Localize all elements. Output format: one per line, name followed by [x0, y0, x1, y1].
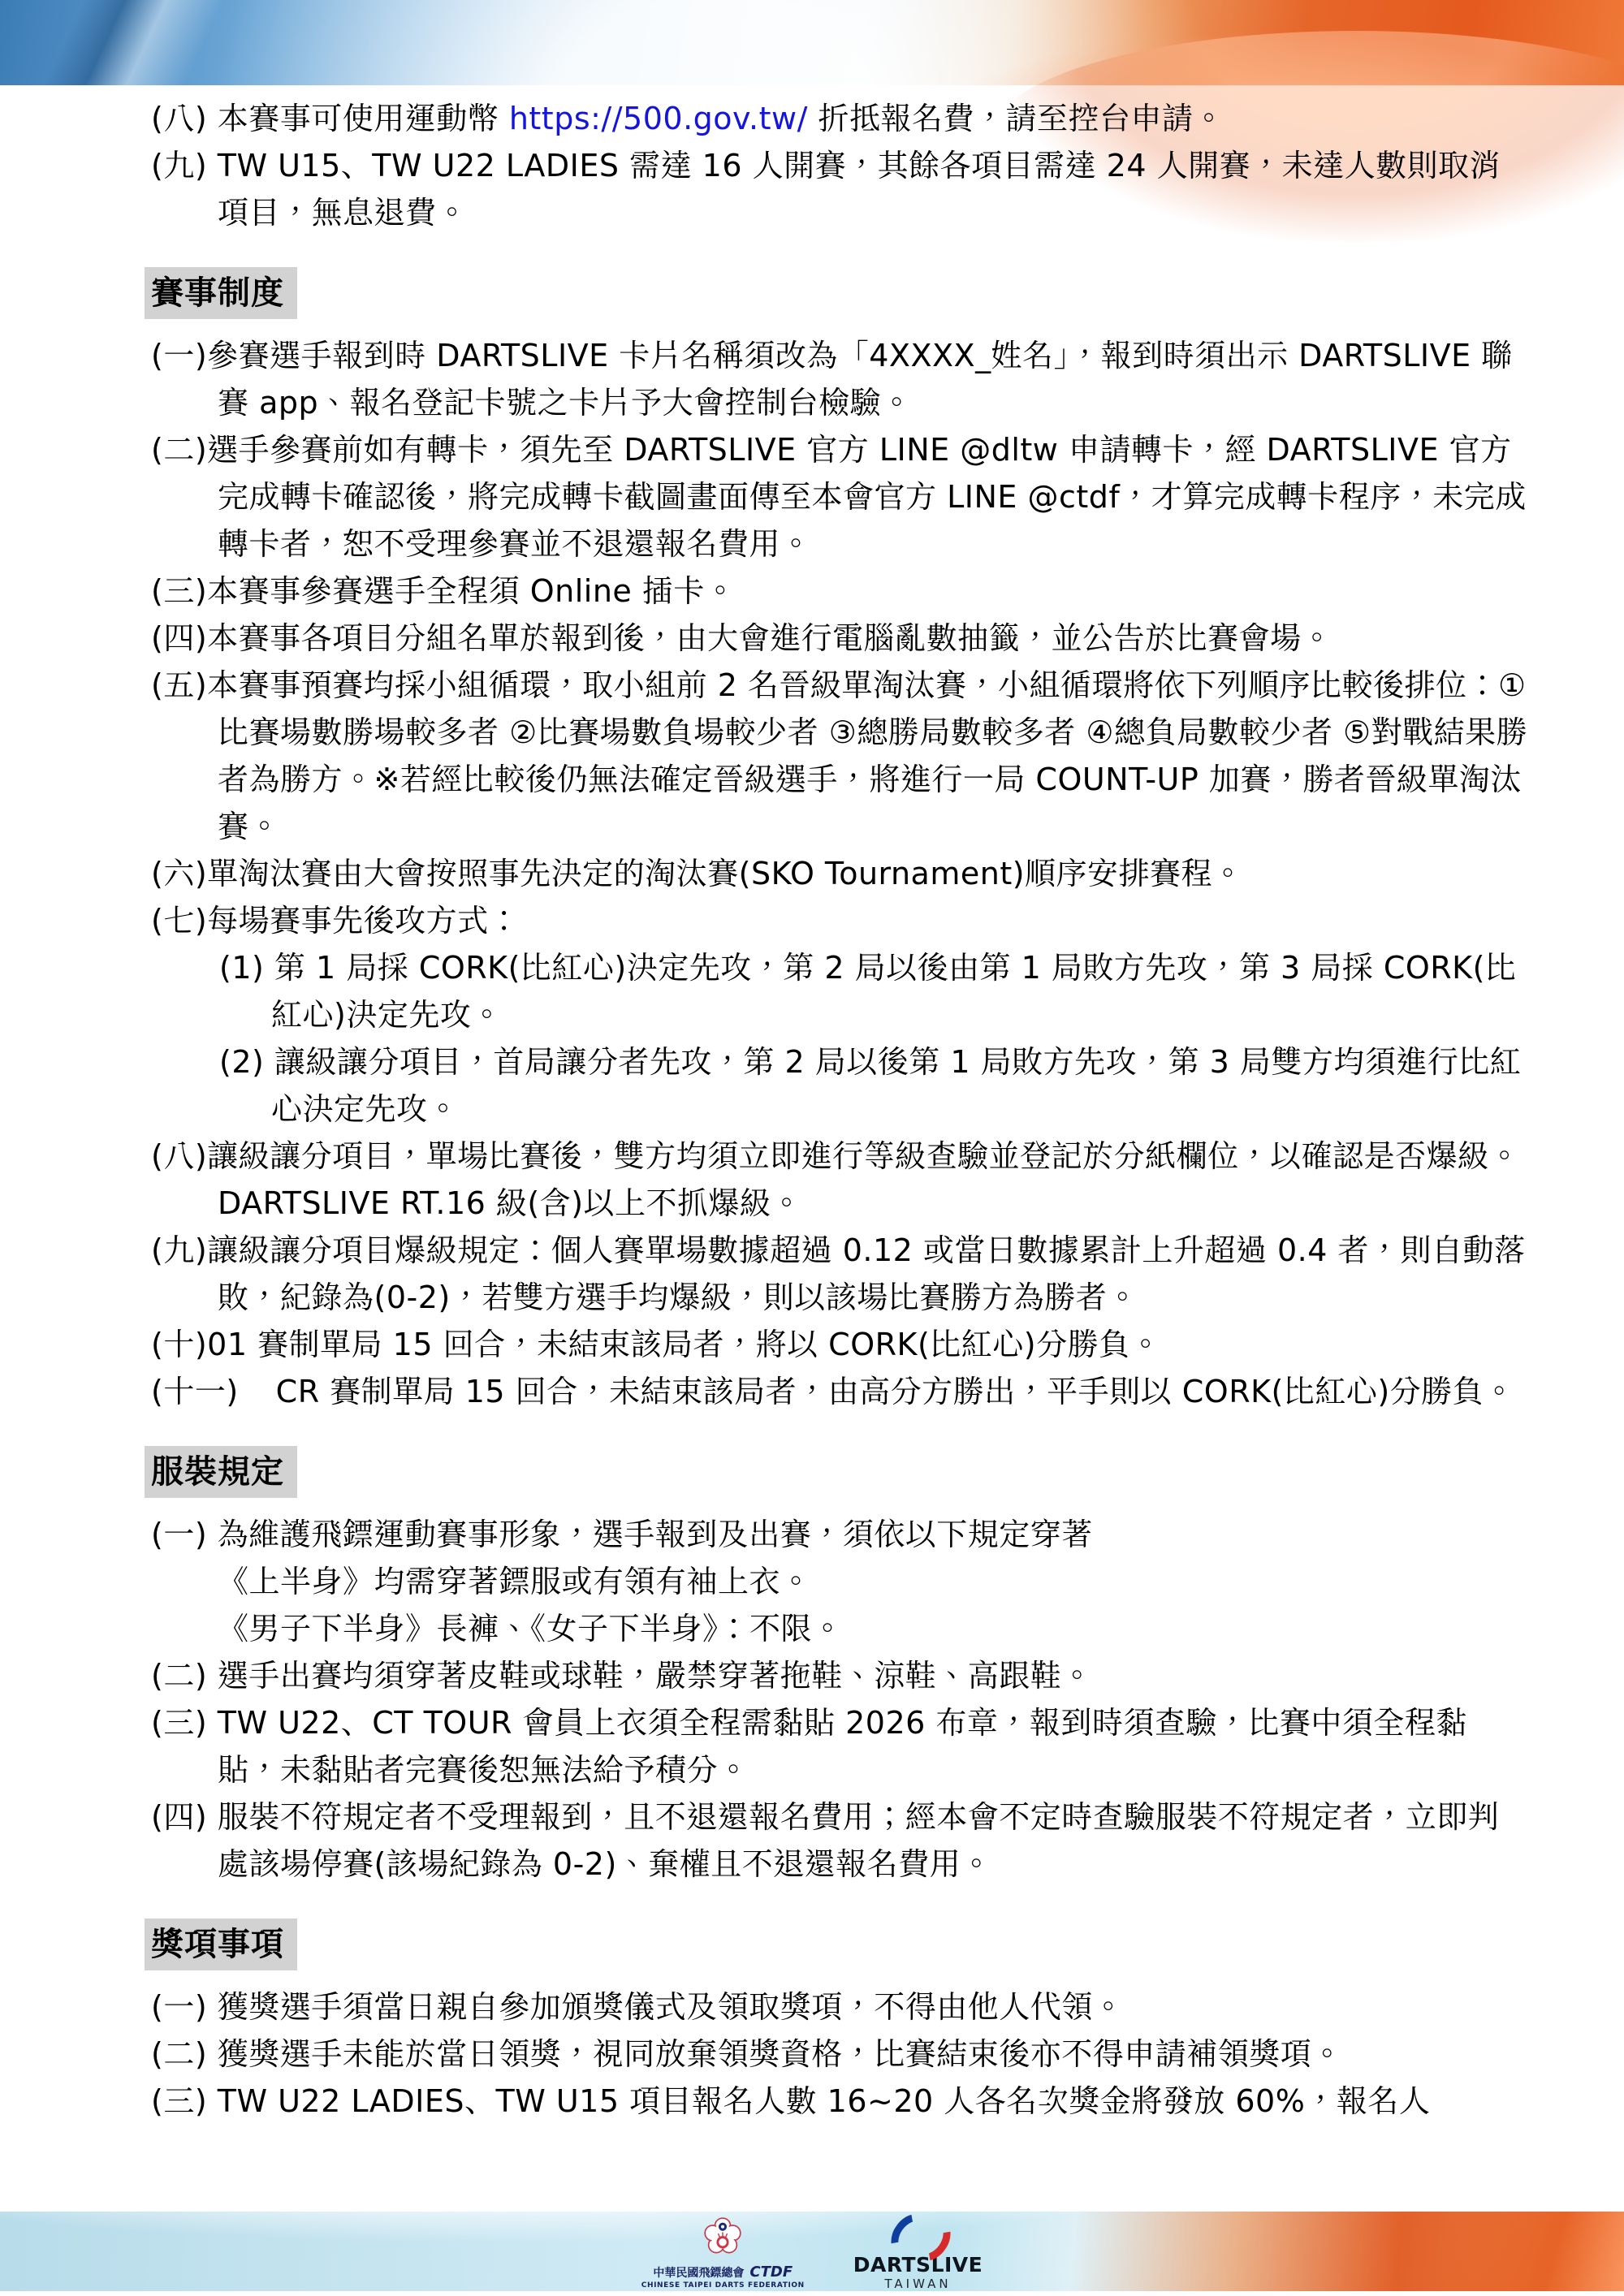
item-text: 單淘汰賽由大會按照事先決定的淘汰賽(SKO Tournament)順序安排賽程。 — [207, 856, 1243, 891]
list-item: (一)參賽選手報到時 DARTSLIVE 卡片名稱須改為「4XXXX_姓名」，報… — [151, 332, 1528, 426]
list-item-continuation: 《上半身》均需穿著鏢服或有領有袖上衣。 — [151, 1558, 1528, 1605]
list-item: (八) 本賽事可使用運動幣 https://500.gov.tw/ 折抵報名費，… — [151, 95, 1528, 142]
list-item: (三) TW U22、CT TOUR 會員上衣須全程需黏貼 2026 布章，報到… — [151, 1699, 1528, 1793]
list-item: (九) TW U15、TW U22 LADIES 需達 16 人開賽，其餘各項目… — [151, 142, 1528, 236]
item-marker: (七) — [151, 903, 207, 939]
item-marker: (四) — [151, 1799, 207, 1835]
item-text: 本賽事各項目分組名單於報到後，由大會進行電腦亂數抽籤，並公告於比賽會場。 — [207, 620, 1332, 656]
list-item: (六)單淘汰賽由大會按照事先決定的淘汰賽(SKO Tournament)順序安排… — [151, 850, 1528, 897]
list-item: (八)讓級讓分項目，單場比賽後，雙方均須立即進行等級查驗並登記於分紙欄位，以確認… — [151, 1133, 1528, 1227]
item-text: 選手參賽前如有轉卡，須先至 DARTSLIVE 官方 LINE @dltw 申請… — [207, 432, 1527, 562]
item-marker: (二) — [151, 1658, 207, 1694]
section-heading-awards: 獎項事項 — [145, 1918, 297, 1970]
item-text: 本賽事參賽選手全程須 Online 插卡。 — [207, 573, 736, 609]
ctdf-name-zh: 中華民國飛鏢總會 — [653, 2268, 744, 2279]
list-item: (一) 為維護飛鏢運動賽事形象，選手報到及出賽，須依以下規定穿著 — [151, 1511, 1528, 1558]
list-item: (五)本賽事預賽均採小組循環，取小組前 2 名晉級單淘汰賽，小組循環將依下列順序… — [151, 662, 1528, 850]
section-heading-row: 服裝規定 — [151, 1446, 1528, 1498]
item-marker: (一) — [151, 1517, 207, 1552]
item-text: 讓級讓分項目，首局讓分者先攻，第 2 局以後第 1 局敗方先攻，第 3 局雙方均… — [264, 1044, 1521, 1127]
item-text: 折抵報名費，請至控台申請。 — [808, 101, 1224, 136]
footer-logos: 中華民國飛鏢總會 CTDF CHINESE TAIPEI DARTS FEDER… — [0, 2212, 1624, 2291]
item-marker: (2) — [219, 1044, 264, 1080]
item-marker: (一) — [151, 338, 207, 373]
item-text: 參賽選手報到時 DARTSLIVE 卡片名稱須改為「4XXXX_姓名」，報到時須… — [207, 338, 1513, 421]
item-text: 讓級讓分項目爆級規定：個人賽單場數據超過 0.12 或當日數據累計上升超過 0.… — [207, 1232, 1525, 1315]
item-text: 讓級讓分項目，單場比賽後，雙方均須立即進行等級查驗並登記於分紙欄位，以確認是否爆… — [207, 1138, 1520, 1221]
item-marker: (八) — [151, 101, 207, 136]
item-text: 獲獎選手未能於當日領獎，視同放棄領獎資格，比賽結束後亦不得申請補領獎項。 — [207, 2036, 1343, 2072]
item-text: CR 賽制單局 15 回合，未結束該局者，由高分方勝出，平手則以 CORK(比紅… — [276, 1374, 1515, 1409]
item-text: TW U22、CT TOUR 會員上衣須全程需黏貼 2026 布章，報到時須查驗… — [207, 1705, 1467, 1788]
item-marker: (九) — [151, 1232, 207, 1268]
item-marker: (二) — [151, 432, 207, 468]
section-heading-dress-code: 服裝規定 — [145, 1446, 297, 1498]
sports-coin-link[interactable]: https://500.gov.tw/ — [509, 101, 808, 136]
item-text: 每場賽事先後攻方式： — [207, 903, 520, 939]
item-marker: (十) — [151, 1327, 207, 1362]
section-heading-match-rules: 賽事制度 — [145, 267, 297, 319]
list-item: (七)每場賽事先後攻方式： — [151, 897, 1528, 944]
document-page: (八) 本賽事可使用運動幣 https://500.gov.tw/ 折抵報名費，… — [0, 0, 1624, 2296]
list-item: (二)選手參賽前如有轉卡，須先至 DARTSLIVE 官方 LINE @dltw… — [151, 426, 1528, 568]
ctdf-name-row: 中華民國飛鏢總會 CTDF — [653, 2265, 793, 2280]
list-item: (二) 選手出賽均須穿著皮鞋或球鞋，嚴禁穿著拖鞋、涼鞋、高跟鞋。 — [151, 1652, 1528, 1699]
list-subitem: (2) 讓級讓分項目，首局讓分者先攻，第 2 局以後第 1 局敗方先攻，第 3 … — [219, 1038, 1528, 1133]
item-text: 本賽事預賽均採小組循環，取小組前 2 名晉級單淘汰賽，小組循環將依下列順序比較後… — [207, 667, 1527, 844]
item-text: 《男子下半身》長褲、《女子下半身》：不限。 — [218, 1611, 844, 1646]
item-marker: (一) — [151, 1989, 207, 2025]
list-subitem: (1) 第 1 局採 CORK(比紅心)決定先攻，第 2 局以後由第 1 局敗方… — [219, 944, 1528, 1038]
item-text: 本賽事可使用運動幣 — [207, 101, 509, 136]
dartslive-logo: DARTSLIVE TAIWAN — [853, 2212, 983, 2290]
section-heading-row: 賽事制度 — [151, 267, 1528, 319]
item-text: 《上半身》均需穿著鏢服或有領有袖上衣。 — [218, 1564, 812, 1599]
item-marker: (九) — [151, 148, 207, 183]
dartslive-swoosh-icon — [892, 2212, 945, 2251]
list-item: (三) TW U22 LADIES、TW U15 項目報名人數 16~20 人各… — [151, 2078, 1528, 2125]
document-body: (八) 本賽事可使用運動幣 https://500.gov.tw/ 折抵報名費，… — [151, 85, 1528, 2125]
item-text: 01 賽制單局 15 回合，未結束該局者，將以 CORK(比紅心)分勝負。 — [207, 1327, 1161, 1362]
header-banner — [0, 0, 1624, 85]
item-text: TW U22 LADIES、TW U15 項目報名人數 16~20 人各名次獎金… — [207, 2083, 1430, 2119]
dartslive-region: TAIWAN — [884, 2278, 951, 2290]
list-item: (十一)CR 賽制單局 15 回合，未結束該局者，由高分方勝出，平手則以 COR… — [151, 1368, 1528, 1415]
item-marker: (六) — [151, 856, 207, 891]
item-marker: (八) — [151, 1138, 207, 1174]
item-marker: (十一) — [151, 1374, 239, 1409]
item-marker: (三) — [151, 1705, 207, 1741]
ctdf-logo: 中華民國飛鏢總會 CTDF CHINESE TAIPEI DARTS FEDER… — [641, 2214, 805, 2290]
footer-banner: 中華民國飛鏢總會 CTDF CHINESE TAIPEI DARTS FEDER… — [0, 2212, 1624, 2291]
list-item: (三)本賽事參賽選手全程須 Online 插卡。 — [151, 568, 1528, 615]
list-item: (一) 獲獎選手須當日親自參加頒獎儀式及領取獎項，不得由他人代領。 — [151, 1983, 1528, 2031]
ctdf-name-en: CHINESE TAIPEI DARTS FEDERATION — [641, 2282, 805, 2290]
list-item-continuation: 《男子下半身》長褲、《女子下半身》：不限。 — [151, 1605, 1528, 1652]
ctdf-emblem-icon — [699, 2214, 746, 2262]
section-heading-row: 獎項事項 — [151, 1918, 1528, 1970]
list-item: (九)讓級讓分項目爆級規定：個人賽單場數據超過 0.12 或當日數據累計上升超過… — [151, 1227, 1528, 1321]
list-item: (四) 服裝不符規定者不受理報到，且不退還報名費用；經本會不定時查驗服裝不符規定… — [151, 1793, 1528, 1888]
list-item: (十)01 賽制單局 15 回合，未結束該局者，將以 CORK(比紅心)分勝負。 — [151, 1321, 1528, 1368]
item-marker: (四) — [151, 620, 207, 656]
item-marker: (1) — [219, 950, 264, 986]
ctdf-abbr: CTDF — [749, 2265, 793, 2280]
item-marker: (三) — [151, 2083, 207, 2119]
item-marker: (二) — [151, 2036, 207, 2072]
item-text: 為維護飛鏢運動賽事形象，選手報到及出賽，須依以下規定穿著 — [207, 1517, 1093, 1552]
item-text: 第 1 局採 CORK(比紅心)決定先攻，第 2 局以後由第 1 局敗方先攻，第… — [264, 950, 1516, 1033]
item-text: TW U15、TW U22 LADIES 需達 16 人開賽，其餘各項目需達 2… — [207, 148, 1501, 231]
list-item: (四)本賽事各項目分組名單於報到後，由大會進行電腦亂數抽籤，並公告於比賽會場。 — [151, 615, 1528, 662]
item-marker: (五) — [151, 667, 207, 703]
item-text: 選手出賽均須穿著皮鞋或球鞋，嚴禁穿著拖鞋、涼鞋、高跟鞋。 — [207, 1658, 1093, 1694]
item-marker: (三) — [151, 573, 207, 609]
list-item: (二) 獲獎選手未能於當日領獎，視同放棄領獎資格，比賽結束後亦不得申請補領獎項。 — [151, 2031, 1528, 2078]
item-text: 服裝不符規定者不受理報到，且不退還報名費用；經本會不定時查驗服裝不符規定者，立即… — [207, 1799, 1499, 1882]
item-text: 獲獎選手須當日親自參加頒獎儀式及領取獎項，不得由他人代領。 — [207, 1989, 1124, 2025]
